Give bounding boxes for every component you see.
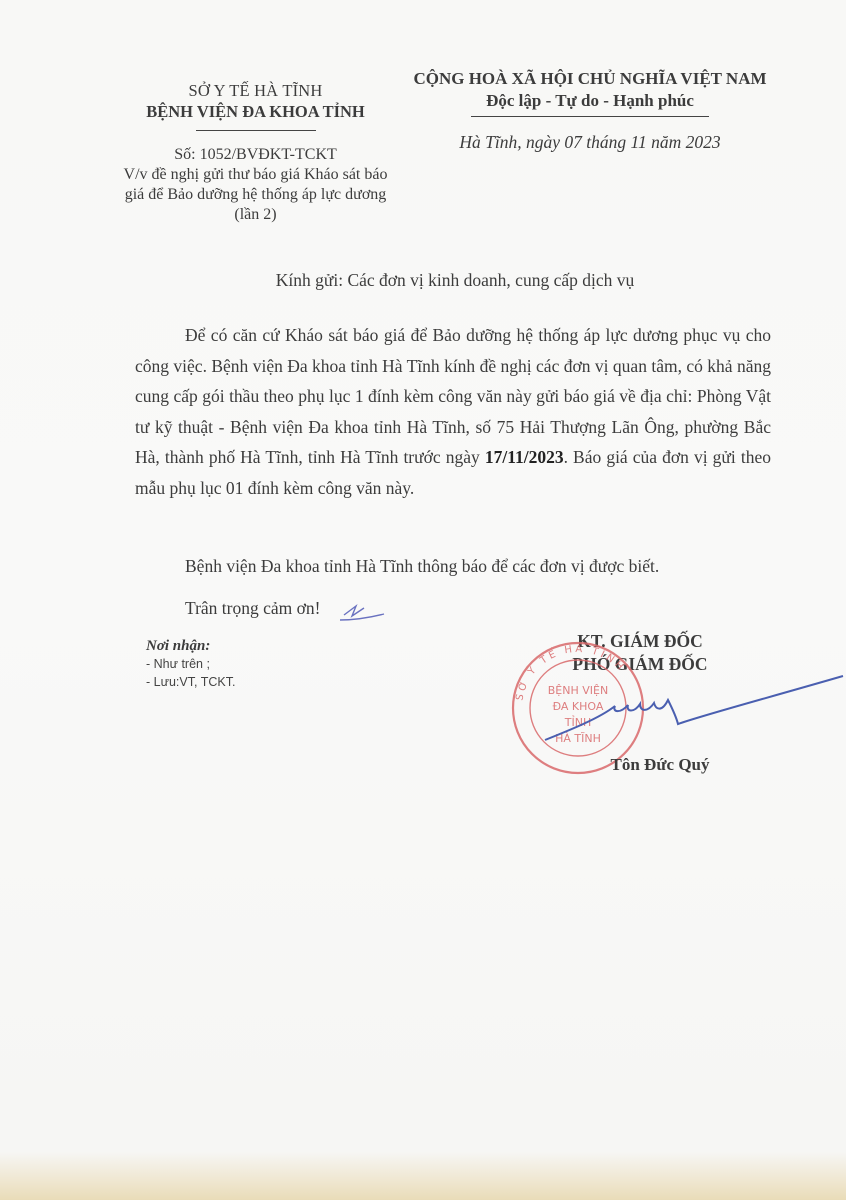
signer-name: Tôn Đức Quý <box>560 755 760 775</box>
initials-mark <box>340 606 384 620</box>
svg-text:ĐA KHOA: ĐA KHOA <box>553 700 604 713</box>
svg-text:BỆNH VIỆN: BỆNH VIỆN <box>548 684 608 697</box>
official-stamp: SỞ Y TẾ HÀ TĨNH BỆNH VIỆN ĐA KHOA TỈNH H… <box>513 642 643 773</box>
stamp-and-signatures: SỞ Y TẾ HÀ TĨNH BỆNH VIỆN ĐA KHOA TỈNH H… <box>0 0 846 1200</box>
